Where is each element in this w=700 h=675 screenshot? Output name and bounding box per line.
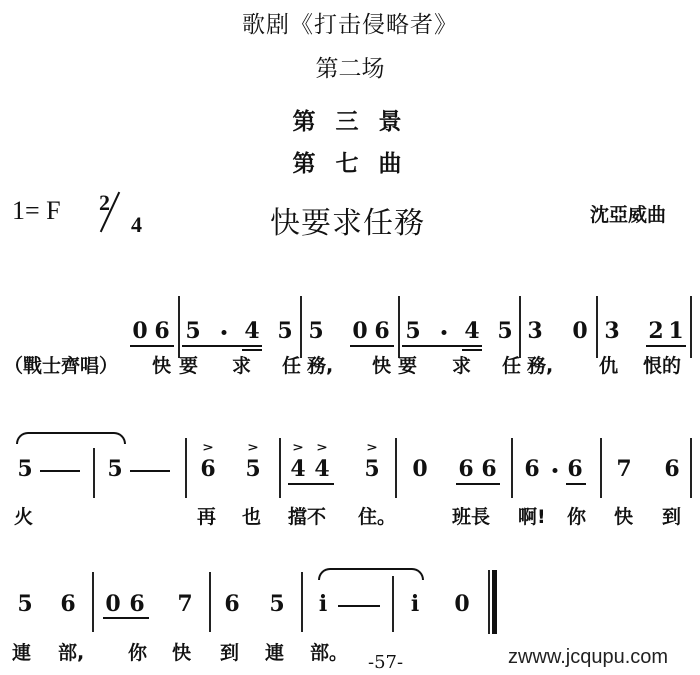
- note: 5: [269, 593, 284, 615]
- accent-mark: >: [366, 442, 378, 455]
- lyric-text: 務,: [527, 355, 553, 377]
- beam-underline: [350, 345, 394, 347]
- note: 4: [244, 320, 259, 342]
- lyric-text: 住。: [358, 506, 396, 528]
- lyric-text: 快: [372, 355, 391, 377]
- note: 6: [154, 320, 169, 342]
- bar-line: [596, 296, 598, 358]
- lyric-text: 求: [232, 355, 251, 377]
- note: 6: [60, 593, 75, 615]
- lyric-text: 你: [567, 506, 586, 528]
- time-signature: 2 4: [95, 190, 155, 240]
- note: 0: [572, 320, 587, 342]
- lyric-text: 到: [662, 506, 681, 528]
- bar-line: [398, 296, 400, 358]
- lyric-text: 擋不: [288, 506, 326, 528]
- note: 6: [664, 458, 679, 480]
- opera-title: 歌剧《打击侵略者》: [0, 6, 700, 39]
- augmentation-dot: [553, 468, 558, 473]
- bar-line: [178, 296, 180, 358]
- lyric-text: 連: [265, 642, 284, 664]
- scene-title: 第二场: [0, 50, 700, 83]
- beam-underline: [182, 345, 262, 347]
- meter-bottom: 4: [131, 212, 142, 238]
- note: 6: [374, 320, 389, 342]
- final-bar-thin: [488, 570, 490, 634]
- bar-line: [279, 438, 281, 498]
- lyric-text: 任: [282, 355, 301, 377]
- note: 5: [364, 458, 379, 480]
- bar-line: [92, 572, 94, 632]
- tie-arc: [16, 432, 126, 444]
- lyric-text: 部。: [310, 642, 348, 664]
- note: 3: [527, 320, 542, 342]
- tie-arc: [318, 568, 424, 580]
- lyric-text: 班長: [452, 506, 490, 528]
- key-signature: 1= F: [12, 196, 61, 226]
- lyric-text: 也: [242, 506, 261, 528]
- lyric-text: 務,: [307, 355, 333, 377]
- composer-credit: 沈亞威曲: [590, 200, 666, 227]
- note: 0: [412, 458, 427, 480]
- note: 5: [308, 320, 323, 342]
- extension-dash: [40, 470, 80, 472]
- note: 6: [200, 458, 215, 480]
- beam-underline: [456, 483, 500, 485]
- final-bar-thick: [492, 570, 497, 634]
- lyric-text: 任: [502, 355, 521, 377]
- lyric-text: 你: [128, 642, 147, 664]
- note: i: [411, 593, 419, 615]
- bar-line: [301, 572, 303, 632]
- bar-line: [395, 438, 397, 498]
- note: 5: [497, 320, 512, 342]
- bar-line: [600, 438, 602, 498]
- watermark: zwww.jcqupu.com: [508, 646, 668, 669]
- lyric-text: 到: [220, 642, 239, 664]
- lyric-text: （戰士齊唱）: [4, 355, 118, 377]
- beam-underline: [242, 349, 262, 351]
- note: 7: [616, 458, 631, 480]
- beam-underline: [566, 483, 586, 485]
- lyric-text: 要: [398, 355, 417, 377]
- lyric-text: 再: [197, 506, 216, 528]
- augmentation-dot: [222, 330, 227, 335]
- bar-line: [300, 296, 302, 358]
- note: 2: [648, 320, 663, 342]
- song-title: 快要求任務: [270, 198, 425, 242]
- beam-underline: [646, 345, 686, 347]
- lyric-text: 仇: [599, 355, 618, 377]
- beam-underline: [103, 617, 149, 619]
- note: 5: [405, 320, 420, 342]
- lyric-text: 要: [179, 355, 198, 377]
- note: 7: [177, 593, 192, 615]
- note: 0: [105, 593, 120, 615]
- note: 6: [224, 593, 239, 615]
- lyric-text: 啊!: [518, 506, 546, 528]
- note: 3: [604, 320, 619, 342]
- extension-dash: [130, 470, 170, 472]
- augmentation-dot: [442, 330, 447, 335]
- note: 5: [17, 593, 32, 615]
- note: 5: [245, 458, 260, 480]
- accent-mark: >: [316, 442, 328, 455]
- bar-line: [209, 572, 211, 632]
- bar-line: [511, 438, 513, 498]
- act-title: 第 三 景: [0, 103, 700, 136]
- note: i: [319, 593, 327, 615]
- extension-dash: [338, 605, 380, 607]
- bar-line: [392, 576, 394, 632]
- note: 6: [481, 458, 496, 480]
- lyric-text: 火: [14, 506, 33, 528]
- bar-line: [690, 438, 692, 498]
- beam-underline: [402, 345, 482, 347]
- lyric-text: 快: [172, 642, 191, 664]
- beam-underline: [462, 349, 482, 351]
- bar-line: [93, 448, 95, 498]
- lyric-text: 快: [152, 355, 171, 377]
- note: 6: [567, 458, 582, 480]
- lyric-text: 連: [12, 642, 31, 664]
- lyric-text: 恨的: [643, 355, 681, 377]
- note: 6: [129, 593, 144, 615]
- note: 4: [290, 458, 305, 480]
- bar-line: [690, 296, 692, 358]
- note: 5: [277, 320, 292, 342]
- note: 4: [464, 320, 479, 342]
- bar-line: [519, 296, 521, 358]
- beam-underline: [288, 483, 334, 485]
- accent-mark: >: [202, 442, 214, 455]
- note: 6: [458, 458, 473, 480]
- accent-mark: >: [247, 442, 259, 455]
- note: 6: [524, 458, 539, 480]
- accent-mark: >: [292, 442, 304, 455]
- note: 5: [17, 458, 32, 480]
- bar-line: [185, 438, 187, 498]
- lyric-text: 部,: [58, 642, 84, 664]
- note: 0: [132, 320, 147, 342]
- note: 4: [314, 458, 329, 480]
- note: 5: [107, 458, 122, 480]
- page-number: -57-: [368, 652, 403, 673]
- lyric-text: 快: [614, 506, 633, 528]
- beam-underline: [130, 345, 174, 347]
- piece-number: 第 七 曲: [0, 145, 700, 178]
- note: 5: [185, 320, 200, 342]
- note: 0: [352, 320, 367, 342]
- note: 0: [454, 593, 469, 615]
- lyric-text: 求: [452, 355, 471, 377]
- note: 1: [668, 320, 683, 342]
